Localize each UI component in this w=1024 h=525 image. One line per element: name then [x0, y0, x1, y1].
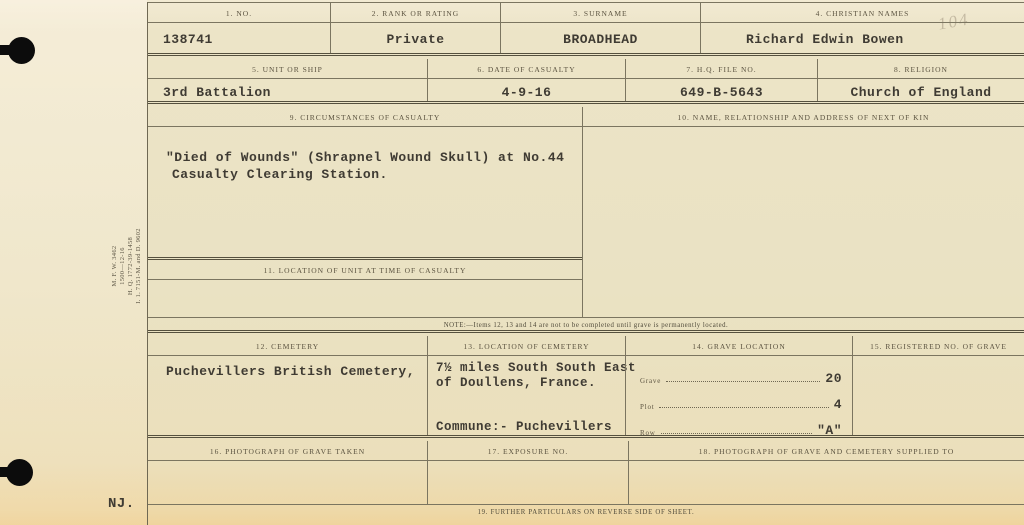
field-grave-location: 14. GRAVE LOCATION Grave 20 Plot 4 Row "… [625, 336, 852, 435]
dotted-leader [659, 407, 828, 408]
grave-row-label: Row [640, 429, 656, 438]
field-circumstances-value-line1: "Died of Wounds" (Shrapnel Wound Skull) … [166, 149, 582, 166]
field-surname-label: 3. SURNAME [501, 3, 700, 23]
printers-code: M. F. W. 3462 1500—12-16 H. Q. 1772-39-1… [111, 214, 143, 318]
grave-row-label: Plot [640, 403, 654, 412]
field-hq-file-no-value: 649-B-5643 [626, 79, 817, 100]
field-cemetery-location-label: 13. LOCATION OF CEMETERY [428, 336, 625, 356]
margin-initials: NJ. [108, 496, 135, 512]
field-hq-file-no-label: 7. H.Q. FILE NO. [626, 59, 817, 79]
field-rank: 2. RANK OR RATING Private [330, 3, 500, 53]
field-unit-value: 3rd Battalion [148, 79, 427, 100]
field-circumstances: 9. CIRCUMSTANCES OF CASUALTY "Died of Wo… [148, 107, 582, 317]
grave-location-row: Row "A" [626, 412, 852, 438]
casualty-record-sheet: M. F. W. 3462 1500—12-16 H. Q. 1772-39-1… [0, 0, 1024, 525]
field-date-of-casualty: 6. DATE OF CASUALTY 4-9-16 [427, 59, 625, 101]
field-photo-supplied-label: 18. PHOTOGRAPH OF GRAVE AND CEMETERY SUP… [629, 441, 1024, 461]
field-cemetery-value: Puchevillers British Cemetery, [148, 356, 427, 379]
field-date-of-casualty-value: 4-9-16 [428, 79, 625, 100]
field-exposure-no-label: 17. EXPOSURE NO. [428, 441, 628, 461]
grave-row-value: 4 [834, 397, 842, 412]
printers-code-line: I. 1. 7151-M. and D. 9602 [135, 214, 143, 318]
field-christian-names-label: 4. CHRISTIAN NAMES [701, 3, 1024, 23]
dotted-leader [666, 381, 820, 382]
field-unit-location-label: 11. LOCATION OF UNIT AT TIME OF CASUALTY [148, 260, 582, 280]
field-surname: 3. SURNAME BROADHEAD [500, 3, 700, 53]
field-rank-label: 2. RANK OR RATING [331, 3, 500, 23]
field-rank-value: Private [331, 23, 500, 47]
grave-row-label: Grave [640, 377, 661, 386]
grave-location-row: Plot 4 [626, 386, 852, 412]
field-no: 1. NO. 138741 [148, 3, 330, 53]
row-fields-5-8: 5. UNIT OR SHIP 3rd Battalion 6. DATE OF… [148, 59, 1024, 104]
field-unit-label: 5. UNIT OR SHIP [148, 59, 427, 79]
field-registered-no-label: 15. REGISTERED NO. OF GRAVE [853, 336, 1024, 356]
field-next-of-kin-label: 10. NAME, RELATIONSHIP AND ADDRESS OF NE… [583, 107, 1024, 127]
field-cemetery-label: 12. CEMETERY [148, 336, 427, 356]
grave-location-row: Grave 20 [626, 360, 852, 386]
field-unit-location: 11. LOCATION OF UNIT AT TIME OF CASUALTY [148, 257, 582, 280]
grave-row-value: 20 [825, 371, 842, 386]
punch-hole-bottom-stem [0, 467, 10, 477]
note-band: NOTE:—Items 12, 13 and 14 are not to be … [148, 318, 1024, 333]
field-photo-taken-label: 16. PHOTOGRAPH OF GRAVE TAKEN [148, 441, 427, 461]
printers-code-line: 1500—12-16 [119, 214, 127, 318]
field-cemetery-location-line1: 7½ miles South South East [436, 361, 625, 376]
field-circumstances-label: 9. CIRCUMSTANCES OF CASUALTY [148, 107, 582, 127]
field-photo-taken: 16. PHOTOGRAPH OF GRAVE TAKEN [148, 441, 427, 504]
footer-note: 19. FURTHER PARTICULARS ON REVERSE SIDE … [148, 509, 1024, 516]
punch-hole-bottom [6, 459, 33, 486]
field-religion: 8. RELIGION Church of England [817, 59, 1024, 101]
field-surname-value: BROADHEAD [501, 23, 700, 47]
field-cemetery-location: 13. LOCATION OF CEMETERY 7½ miles South … [427, 336, 625, 435]
field-christian-names: 4. CHRISTIAN NAMES Richard Edwin Bowen [700, 3, 1024, 53]
field-photo-supplied: 18. PHOTOGRAPH OF GRAVE AND CEMETERY SUP… [628, 441, 1024, 504]
printers-code-line: H. Q. 1772-39-1458 [127, 214, 135, 318]
row-fields-9-11: 9. CIRCUMSTANCES OF CASUALTY "Died of Wo… [148, 107, 1024, 318]
field-next-of-kin: 10. NAME, RELATIONSHIP AND ADDRESS OF NE… [582, 107, 1024, 317]
field-no-value: 138741 [148, 23, 330, 47]
field-grave-location-label: 14. GRAVE LOCATION [626, 336, 852, 356]
printers-code-line: M. F. W. 3462 [111, 214, 119, 318]
field-religion-label: 8. RELIGION [818, 59, 1024, 79]
row-fields-1-4: 1. NO. 138741 2. RANK OR RATING Private … [148, 2, 1024, 56]
field-date-of-casualty-label: 6. DATE OF CASUALTY [428, 59, 625, 79]
field-unit: 5. UNIT OR SHIP 3rd Battalion [148, 59, 427, 101]
dotted-leader [661, 433, 812, 434]
field-registered-no: 15. REGISTERED NO. OF GRAVE [852, 336, 1024, 435]
punch-hole-top-stem [0, 45, 12, 55]
field-no-label: 1. NO. [148, 3, 330, 23]
grave-row-value: "A" [817, 423, 842, 438]
field-cemetery-location-line2: of Doullens, France. [436, 376, 625, 391]
field-religion-value: Church of England [818, 79, 1024, 100]
field-christian-names-value: Richard Edwin Bowen [701, 23, 1024, 47]
row-fields-16-18: 16. PHOTOGRAPH OF GRAVE TAKEN 17. EXPOSU… [148, 441, 1024, 505]
field-cemetery: 12. CEMETERY Puchevillers British Cemete… [148, 336, 427, 435]
field-hq-file-no: 7. H.Q. FILE NO. 649-B-5643 [625, 59, 817, 101]
punch-hole-top [8, 37, 35, 64]
note-text: NOTE:—Items 12, 13 and 14 are not to be … [148, 318, 1024, 329]
field-exposure-no: 17. EXPOSURE NO. [427, 441, 628, 504]
field-circumstances-value-line2: Casualty Clearing Station. [166, 166, 582, 183]
field-cemetery-commune: Commune:- Puchevillers [436, 420, 625, 434]
row-fields-12-15: 12. CEMETERY Puchevillers British Cemete… [148, 336, 1024, 438]
